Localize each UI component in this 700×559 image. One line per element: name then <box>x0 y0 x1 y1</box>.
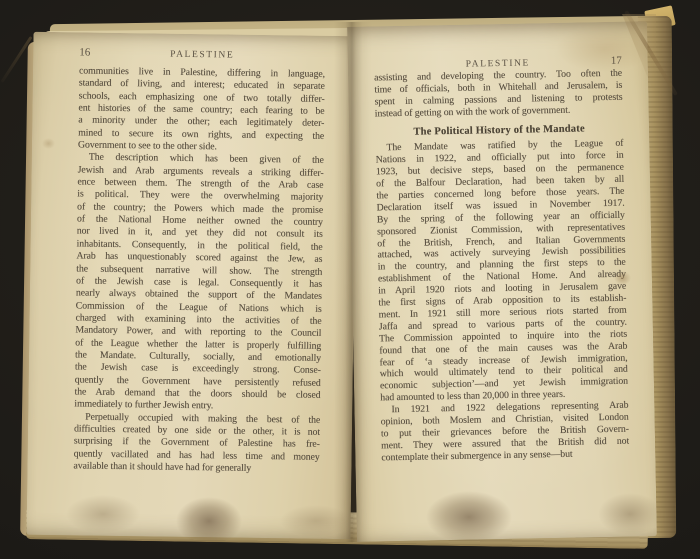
page-number-right: 17 <box>600 55 622 67</box>
page-right: PALESTINE 17 assisting and developing th… <box>347 21 657 542</box>
section-heading: The Political History of the Mandate <box>375 122 623 139</box>
running-header-left: PALESTINE <box>170 50 234 61</box>
page-body-right: assisting and developing the country. To… <box>374 68 629 464</box>
page-number-left: 16 <box>79 46 101 58</box>
page-left: 16 PALESTINE communities live in Palesti… <box>27 32 358 539</box>
page-header-left: 16 PALESTINE <box>79 46 325 61</box>
running-header-right: PALESTINE <box>466 58 530 69</box>
page-body-left: communities live in Palestine, differing… <box>73 65 325 476</box>
book-photo: 16 PALESTINE communities live in Palesti… <box>0 0 700 559</box>
